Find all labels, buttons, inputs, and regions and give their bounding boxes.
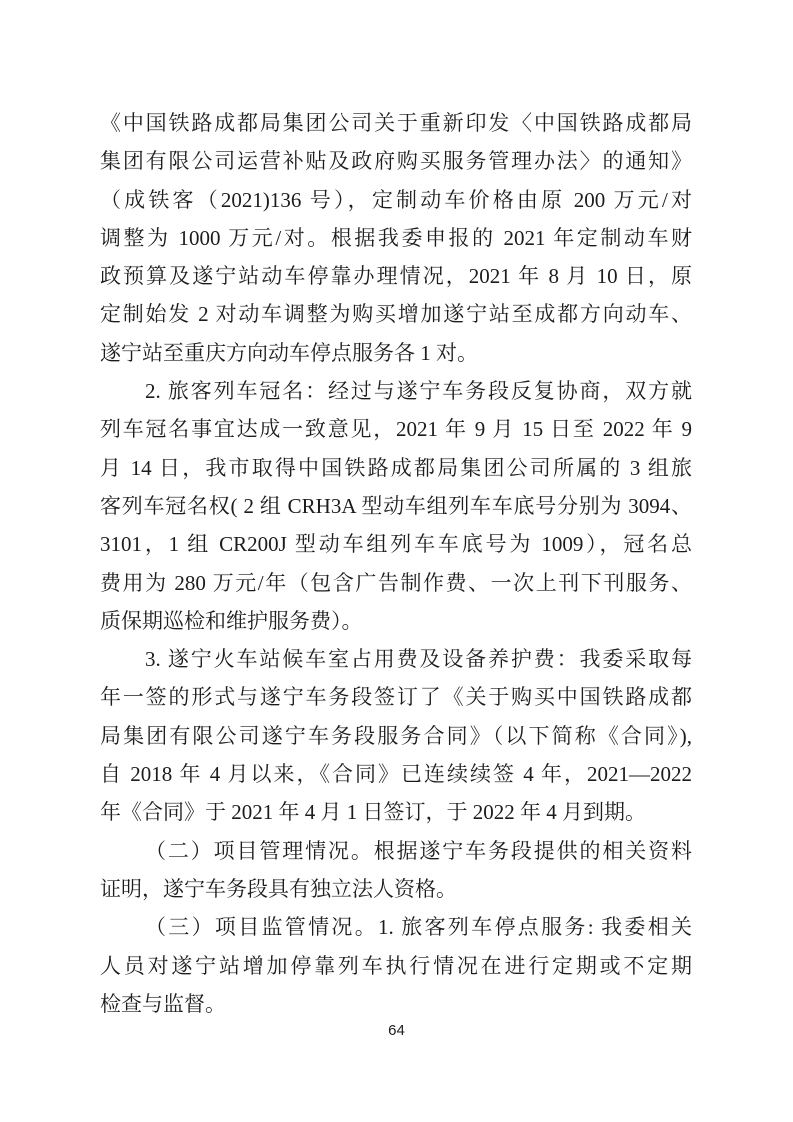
- text-line: 调整为 1000 万元/对。根据我委申报的 2021 年定制动车财: [100, 219, 692, 257]
- text-line: （成铁客（2021)136 号），定制动车价格由原 200 万元/对: [100, 181, 692, 219]
- page-number: 64: [0, 1022, 793, 1039]
- text-line: 年《合同》于 2021 年 4 月 1 日签订，于 2022 年 4 月到期。: [100, 793, 692, 831]
- text-line: 费用为 280 万元/年（包含广告制作费、一次上刊下刊服务、: [100, 564, 692, 602]
- text-line: （三）项目监管情况。1. 旅客列车停点服务: 我委相关: [100, 908, 692, 946]
- text-line: 《中国铁路成都局集团公司关于重新印发〈中国铁路成都局: [100, 104, 692, 142]
- text-line: 遂宁站至重庆方向动车停点服务各 1 对。: [100, 334, 692, 372]
- text-line: 列车冠名事宜达成一致意见，2021 年 9 月 15 日至 2022 年 9: [100, 410, 692, 448]
- text-line: 月 14 日，我市取得中国铁路成都局集团公司所属的 3 组旅: [100, 449, 692, 487]
- text-line: 集团有限公司运营补贴及政府购买服务管理办法〉的通知》: [100, 142, 692, 180]
- text-line: 客列车冠名权( 2 组 CRH3A 型动车组列车车底号分别为 3094、: [100, 487, 692, 525]
- body-text: 《中国铁路成都局集团公司关于重新印发〈中国铁路成都局集团有限公司运营补贴及政府购…: [100, 104, 692, 1023]
- text-line: 3101，1 组 CR200J 型动车组列车车底号为 1009），冠名总: [100, 525, 692, 563]
- text-line: 政预算及遂宁站动车停靠办理情况，2021 年 8 月 10 日，原: [100, 257, 692, 295]
- text-line: 2. 旅客列车冠名：经过与遂宁车务段反复协商，双方就: [100, 372, 692, 410]
- text-line: 局集团有限公司遂宁车务段服务合同》（以下简称《合同》),: [100, 717, 692, 755]
- document-page: 《中国铁路成都局集团公司关于重新印发〈中国铁路成都局集团有限公司运营补贴及政府购…: [0, 0, 793, 1122]
- text-line: 定制始发 2 对动车调整为购买增加遂宁站至成都方向动车、: [100, 295, 692, 333]
- text-line: 质保期巡检和维护服务费）。: [100, 602, 692, 640]
- text-line: 检查与监督。: [100, 985, 692, 1023]
- text-line: （二）项目管理情况。根据遂宁车务段提供的相关资料: [100, 832, 692, 870]
- text-line: 人员对遂宁站增加停靠列车执行情况在进行定期或不定期: [100, 947, 692, 985]
- text-line: 年一签的形式与遂宁车务段签订了《关于购买中国铁路成都: [100, 678, 692, 716]
- text-line: 3. 遂宁火车站候车室占用费及设备养护费：我委采取每: [100, 640, 692, 678]
- text-line: 证明，遂宁车务段具有独立法人资格。: [100, 870, 692, 908]
- text-line: 自 2018 年 4 月以来，《合同》已连续续签 4 年，2021—2022: [100, 755, 692, 793]
